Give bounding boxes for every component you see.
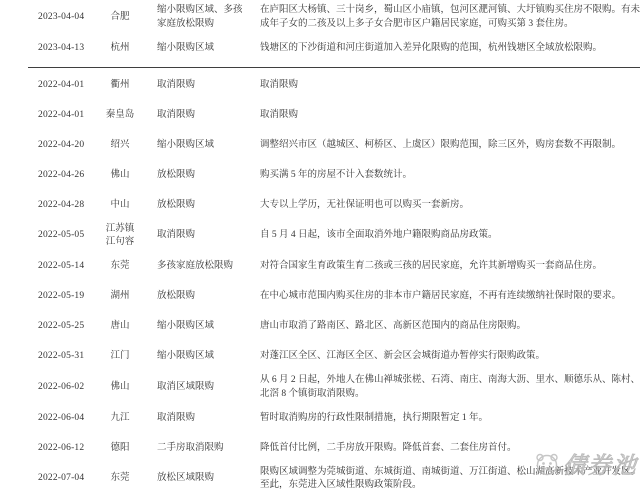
table-row: 2023-04-04 合肥 缩小限购区域、多孩家庭放松限购 在庐阳区大杨镇、三十… [0,2,640,34]
row-policy-detail: 对符合国家生育政策生育二孩或三孩的居民家庭，允许其新增购买一套商品住房。 [260,260,640,274]
row-city: 绍兴 [102,139,138,153]
row-city: 江门 [102,350,138,364]
row-policy-detail: 对蓬江区全区、江海区全区、新会区会城街道办暂停实行限购政策。 [260,350,640,364]
row-policy-detail: 购买满 5 年的房屋不计入套数统计。 [260,169,640,183]
row-city: 江苏镇江句容 [102,223,138,251]
row-policy-type: 放松限购 [157,290,247,304]
table-row: 2022-04-26 佛山 放松限购 购买满 5 年的房屋不计入套数统计。 [0,161,640,191]
row-policy-detail: 调整绍兴市区（越城区、柯桥区、上虞区）限购范围，除三区外，购房套数不再限制。 [260,139,640,153]
row-policy-type: 取消限购 [157,109,247,123]
row-city: 德阳 [102,442,138,456]
table-row: 2022-05-05 江苏镇江句容 取消限购 自 5 月 4 日起，该市全面取消… [0,221,640,253]
row-date: 2023-04-13 [38,42,100,56]
table-row: 2022-05-19 湖州 放松限购 在中心城市范围内购买住房的非本市户籍居民家… [0,282,640,312]
row-city: 中山 [102,199,138,213]
table-row: 2022-06-04 九江 取消限购 暂时取消购房的行政性限制措施，执行期限暂定… [0,404,640,434]
table-row: 2023-04-13 杭州 缩小限购区域 钱塘区的下沙街道和河庄街道加入差异化限… [0,34,640,64]
row-date: 2022-06-12 [38,442,100,456]
table-row: 2022-07-04 东莞 放松区域限购 限购区域调整为莞城街道、东城街道、南城… [0,464,640,490]
row-policy-type: 缩小限购区域、多孩家庭放松限购 [157,4,247,32]
row-policy-type: 缩小限购区域 [157,139,247,153]
row-policy-type: 取消区域限购 [157,381,247,395]
row-date: 2022-07-04 [38,472,100,486]
row-date: 2022-05-05 [38,229,100,243]
row-date: 2022-04-28 [38,199,100,213]
row-policy-type: 缩小限购区域 [157,320,247,334]
table-row: 2022-04-01 衢州 取消限购 取消限购 [0,71,640,101]
row-date: 2022-05-25 [38,320,100,334]
row-policy-detail: 降低首付比例，二手房放开限购。降低首套、二套住房首付。 [260,442,640,456]
row-policy-type: 二手房取消限购 [157,442,247,456]
row-city: 佛山 [102,381,138,395]
row-policy-detail: 自 5 月 4 日起，该市全面取消外地户籍限购商品房政策。 [260,229,640,243]
table-row: 2022-05-31 江门 缩小限购区域 对蓬江区全区、江海区全区、新会区会城街… [0,342,640,372]
row-policy-detail: 唐山市取消了路南区、路北区、高新区范围内的商品住房限购。 [260,320,640,334]
table-row: 2022-04-01 秦皇岛 取消限购 取消限购 [0,101,640,131]
row-city: 东莞 [102,260,138,274]
row-policy-type: 缩小限购区域 [157,350,247,364]
table-row: 2022-06-02 佛山 取消区域限购 从 6 月 2 日起，外地人在佛山禅城… [0,372,640,404]
row-date: 2022-06-04 [38,412,100,426]
row-policy-detail: 暂时取消购房的行政性限制措施，执行期限暂定 1 年。 [260,412,640,426]
row-city: 衢州 [102,79,138,93]
row-city: 秦皇岛 [102,109,138,123]
row-city: 唐山 [102,320,138,334]
table-row: 2022-04-28 中山 放松限购 大专以上学历，无社保证明也可以购买一套新房… [0,191,640,221]
row-date: 2023-04-04 [38,11,100,25]
row-policy-detail: 在庐阳区大杨镇、三十岗乡，蜀山区小庙镇，包河区淝河镇、大圩镇购买住房不限购。有未… [260,4,640,32]
section-divider [28,67,640,68]
row-city: 杭州 [102,42,138,56]
row-policy-detail: 大专以上学历，无社保证明也可以购买一套新房。 [260,199,640,213]
row-city: 九江 [102,412,138,426]
row-city: 佛山 [102,169,138,183]
row-city: 合肥 [102,11,138,25]
row-date: 2022-04-26 [38,169,100,183]
row-city: 湖州 [102,290,138,304]
row-policy-type: 取消限购 [157,229,247,243]
row-date: 2022-04-01 [38,79,100,93]
row-date: 2022-05-14 [38,260,100,274]
row-date: 2022-05-19 [38,290,100,304]
row-date: 2022-06-02 [38,381,100,395]
row-city: 东莞 [102,472,138,486]
row-policy-type: 放松限购 [157,169,247,183]
table-row: 2022-06-12 德阳 二手房取消限购 降低首付比例，二手房放开限购。降低首… [0,434,640,464]
row-policy-type: 取消限购 [157,79,247,93]
row-date: 2022-04-20 [38,139,100,153]
row-policy-detail: 取消限购 [260,109,640,123]
row-policy-detail: 限购区域调整为莞城街道、东城街道、南城街道、万江街道、松山湖高新技术产业开发区。… [260,466,640,490]
policy-table-page: 2023-04-04 合肥 缩小限购区域、多孩家庭放松限购 在庐阳区大杨镇、三十… [0,0,640,490]
row-policy-type: 缩小限购区域 [157,42,247,56]
table-row: 2022-05-25 唐山 缩小限购区域 唐山市取消了路南区、路北区、高新区范围… [0,312,640,342]
row-policy-detail: 从 6 月 2 日起，外地人在佛山禅城张槎、石湾、南庄、南海大沥、里水、顺德乐从… [260,374,640,402]
row-policy-type: 放松区域限购 [157,472,247,486]
table-row: 2022-04-20 绍兴 缩小限购区域 调整绍兴市区（越城区、柯桥区、上虞区）… [0,131,640,161]
row-policy-type: 放松限购 [157,199,247,213]
policy-table-body: 2023-04-04 合肥 缩小限购区域、多孩家庭放松限购 在庐阳区大杨镇、三十… [0,0,640,490]
row-policy-detail: 在中心城市范围内购买住房的非本市户籍居民家庭，不再有连续缴纳社保时限的要求。 [260,290,640,304]
row-policy-type: 取消限购 [157,412,247,426]
row-date: 2022-05-31 [38,350,100,364]
table-row: 2022-05-14 东莞 多孩家庭放松限购 对符合国家生育政策生育二孩或三孩的… [0,252,640,282]
row-policy-detail: 钱塘区的下沙街道和河庄街道加入差异化限购的范围，杭州钱塘区全域放松限购。 [260,42,640,56]
row-policy-detail: 取消限购 [260,79,640,93]
row-date: 2022-04-01 [38,109,100,123]
row-policy-type: 多孩家庭放松限购 [157,260,247,274]
